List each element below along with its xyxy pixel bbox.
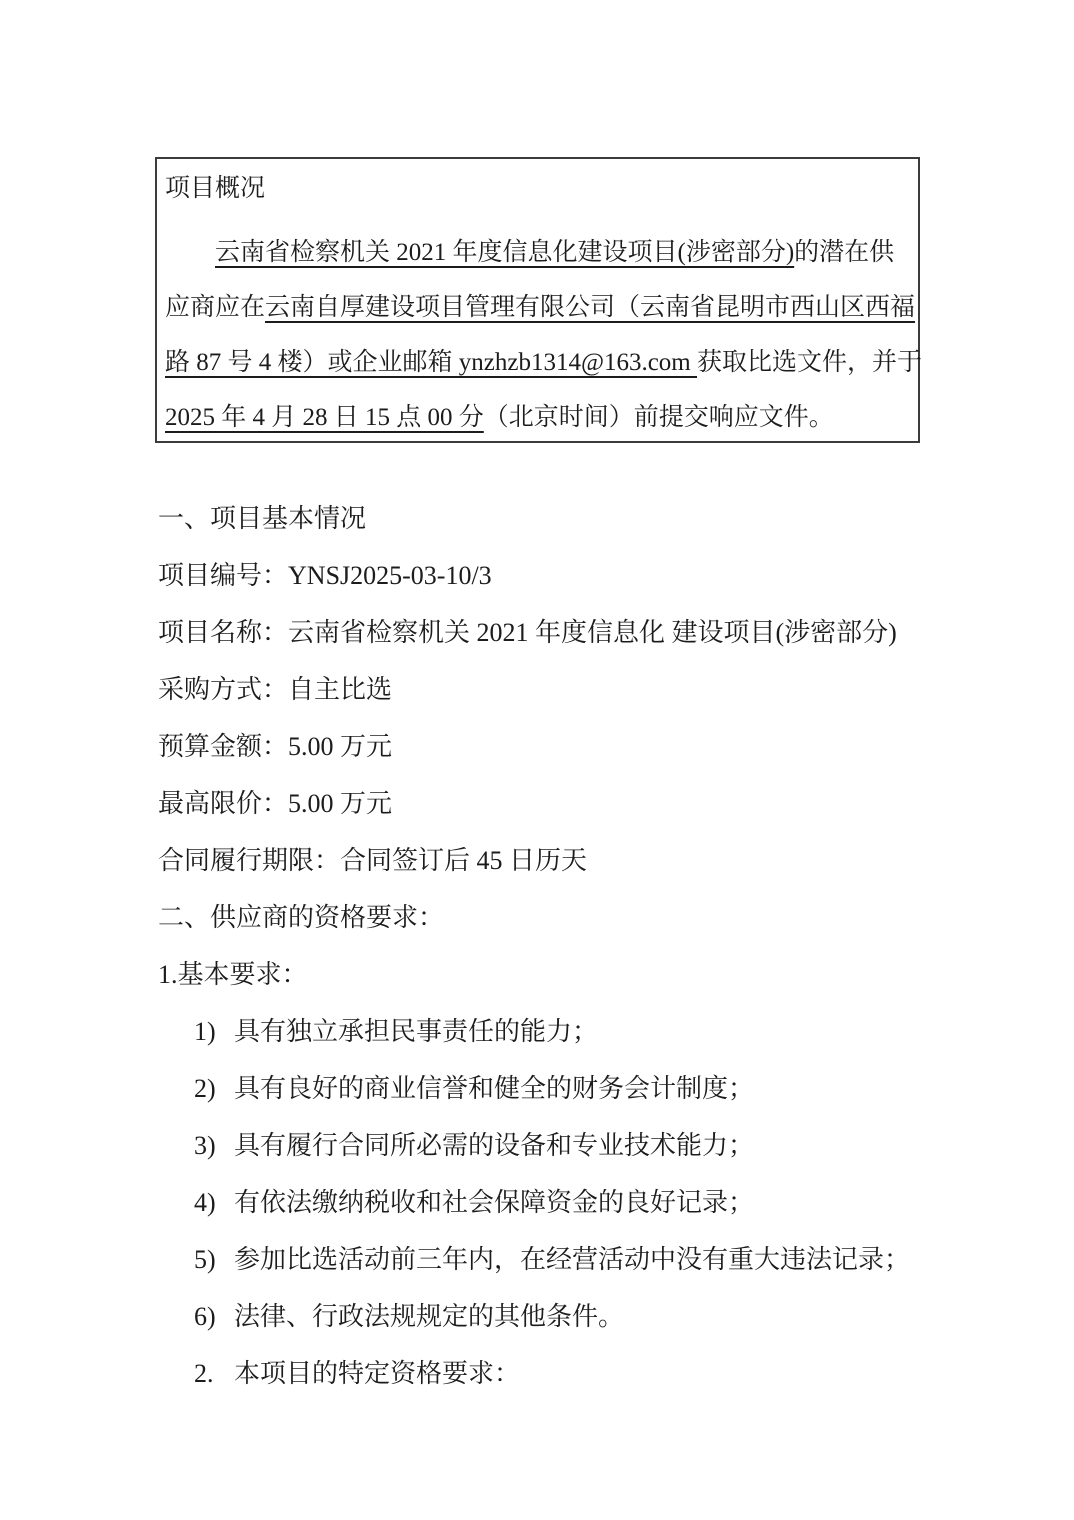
overview-paragraph: 云南省检察机关 2021 年度信息化建设项目(涉密部分)的潜在供 应商应在云南自… xyxy=(165,225,912,445)
item-text: 具有履行合同所必需的设备和专业技术能力； xyxy=(234,1131,754,1160)
requirement-item-5: 5)参加比选活动前三年内，在经营活动中没有重大违法记录； xyxy=(158,1246,958,1273)
field-project-name: 项目名称：云南省检察机关 2021 年度信息化 建设项目(涉密部分) xyxy=(158,619,958,646)
field-value: 云南省检察机关 2021 年度信息化 建设项目(涉密部分) xyxy=(288,618,897,647)
requirement-item-4: 4)有依法缴纳税收和社会保障资金的良好记录； xyxy=(158,1189,958,1216)
project-name-underlined-text: 云南省检察机关 2021 年度信息化建设项目(涉密部分) xyxy=(215,239,794,266)
field-value: 5.00 万元 xyxy=(288,732,392,761)
item-number: 5) xyxy=(194,1246,234,1273)
document-body: 一、项目基本情况 项目编号：YNSJ2025-03-10/3 项目名称：云南省检… xyxy=(158,505,958,1417)
field-project-number: 项目编号：YNSJ2025-03-10/3 xyxy=(158,562,958,589)
document-page: 项目概况 云南省检察机关 2021 年度信息化建设项目(涉密部分)的潜在供 应商… xyxy=(0,0,1074,1520)
field-value: 自主比选 xyxy=(288,675,392,704)
overview-paragraph-line-1: 云南省检察机关 2021 年度信息化建设项目(涉密部分)的潜在供 xyxy=(165,225,912,280)
field-label: 采购方式： xyxy=(158,675,288,704)
overview-plain-text: 应商应在 xyxy=(165,294,265,321)
overview-title: 项目概况 xyxy=(165,173,912,205)
agency-address-underlined-text: 云南自厚建设项目管理有限公司（云南省昆明市西山区西福 xyxy=(265,294,915,321)
requirement-item-3: 3)具有履行合同所必需的设备和专业技术能力； xyxy=(158,1132,958,1159)
field-procurement-method: 采购方式：自主比选 xyxy=(158,676,958,703)
agency-email-underlined-text: 路 87 号 4 楼）或企业邮箱 ynzhzb1314@163.com xyxy=(165,349,697,376)
field-budget-amount: 预算金额：5.00 万元 xyxy=(158,733,958,760)
field-label: 项目名称： xyxy=(158,618,288,647)
item-number: 4) xyxy=(194,1189,234,1216)
field-label: 项目编号： xyxy=(158,561,288,590)
item-text: 有依法缴纳税收和社会保障资金的良好记录； xyxy=(234,1188,754,1217)
item-number: 3) xyxy=(194,1132,234,1159)
field-label: 合同履行期限： xyxy=(158,846,340,875)
overview-paragraph-line-3: 路 87 号 4 楼）或企业邮箱 ynzhzb1314@163.com 获取比选… xyxy=(165,335,912,390)
field-contract-period: 合同履行期限：合同签订后 45 日历天 xyxy=(158,847,958,874)
item-text: 具有良好的商业信誉和健全的财务会计制度； xyxy=(234,1074,754,1103)
basic-requirements-label: 1.基本要求： xyxy=(158,961,958,988)
overview-paragraph-line-4: 2025 年 4 月 28 日 15 点 00 分（北京时间）前提交响应文件。 xyxy=(165,390,912,445)
field-max-price: 最高限价：5.00 万元 xyxy=(158,790,958,817)
requirement-item-2: 2)具有良好的商业信誉和健全的财务会计制度； xyxy=(158,1075,958,1102)
section-heading-basic-info: 一、项目基本情况 xyxy=(158,505,958,532)
specific-requirements-heading: 2.本项目的特定资格要求： xyxy=(158,1360,958,1387)
item-text: 本项目的特定资格要求： xyxy=(234,1359,520,1388)
overview-paragraph-line-2: 应商应在云南自厚建设项目管理有限公司（云南省昆明市西山区西福 xyxy=(165,280,912,335)
overview-plain-text: 的潜在供 xyxy=(794,239,894,266)
requirement-item-1: 1)具有独立承担民事责任的能力； xyxy=(158,1018,958,1045)
item-text: 具有独立承担民事责任的能力； xyxy=(234,1017,598,1046)
field-value: 5.00 万元 xyxy=(288,789,392,818)
field-label: 预算金额： xyxy=(158,732,288,761)
item-number: 1) xyxy=(194,1018,234,1045)
field-value: 合同签订后 45 日历天 xyxy=(340,846,587,875)
overview-plain-text: （北京时间）前提交响应文件。 xyxy=(484,404,834,431)
overview-plain-text: 获取比选文件，并于 xyxy=(697,349,922,376)
requirement-item-6: 6)法律、行政法规规定的其他条件。 xyxy=(158,1303,958,1330)
project-overview-box: 项目概况 云南省检察机关 2021 年度信息化建设项目(涉密部分)的潜在供 应商… xyxy=(155,157,920,443)
section-heading-supplier-requirements: 二、供应商的资格要求： xyxy=(158,904,958,931)
item-text: 法律、行政法规规定的其他条件。 xyxy=(234,1302,624,1331)
item-text: 参加比选活动前三年内，在经营活动中没有重大违法记录； xyxy=(234,1245,910,1274)
item-number: 2) xyxy=(194,1075,234,1102)
item-number: 6) xyxy=(194,1303,234,1330)
field-value: YNSJ2025-03-10/3 xyxy=(288,561,492,590)
item-number: 2. xyxy=(194,1360,234,1387)
field-label: 最高限价： xyxy=(158,789,288,818)
deadline-underlined-text: 2025 年 4 月 28 日 15 点 00 分 xyxy=(165,404,484,431)
